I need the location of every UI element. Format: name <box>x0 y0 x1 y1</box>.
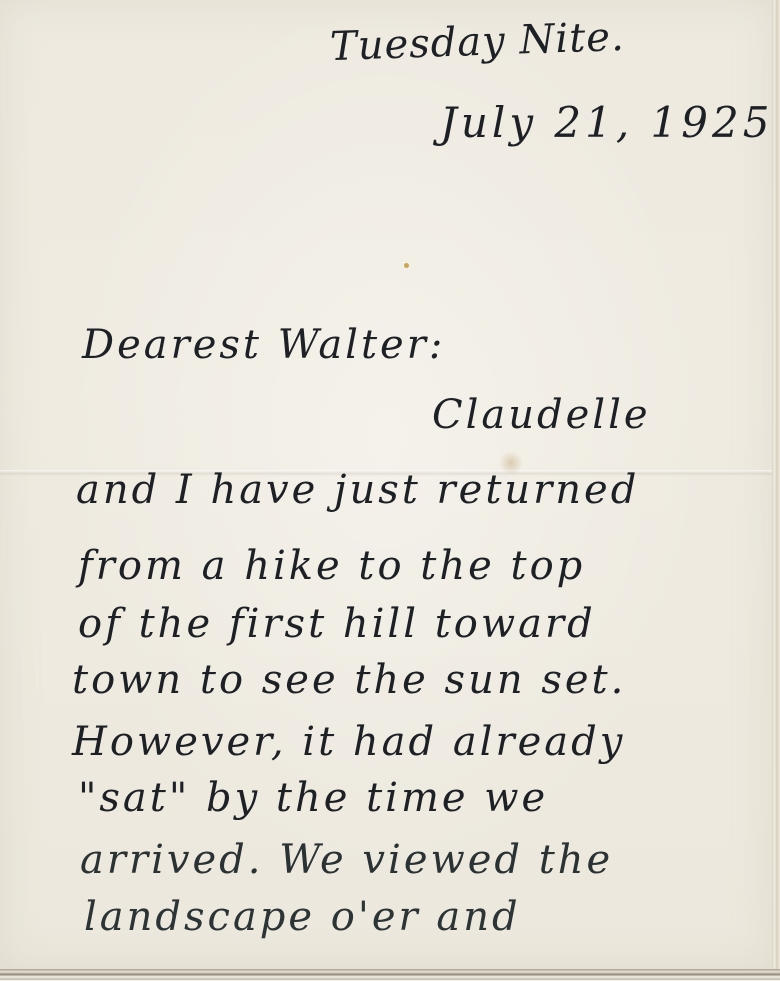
letter-line: from a hike to the top <box>78 546 585 586</box>
letter-line: landscape o'er and <box>84 897 521 937</box>
paper-spot <box>404 263 409 268</box>
letter-line: town to see the sun set. <box>72 660 626 700</box>
stacked-pages-right-edge <box>772 0 780 975</box>
letter-salutation: Dearest Walter: <box>82 325 445 365</box>
letter-page: Tuesday Nite. July 21, 1925. Dearest Wal… <box>0 0 772 969</box>
letter-line: arrived. We viewed the <box>80 840 613 880</box>
letter-date: July 21, 1925. <box>440 102 780 144</box>
letter-line: "sat" by the time we <box>78 778 548 818</box>
stacked-pages-bottom-edge <box>0 969 780 981</box>
letter-line: of the first hill toward <box>78 604 596 644</box>
letter-line: Claudelle <box>432 395 651 435</box>
letter-line: However, it had already <box>72 722 625 762</box>
letter-day: Tuesday Nite. <box>329 17 625 67</box>
letter-line: and I have just returned <box>76 470 639 510</box>
